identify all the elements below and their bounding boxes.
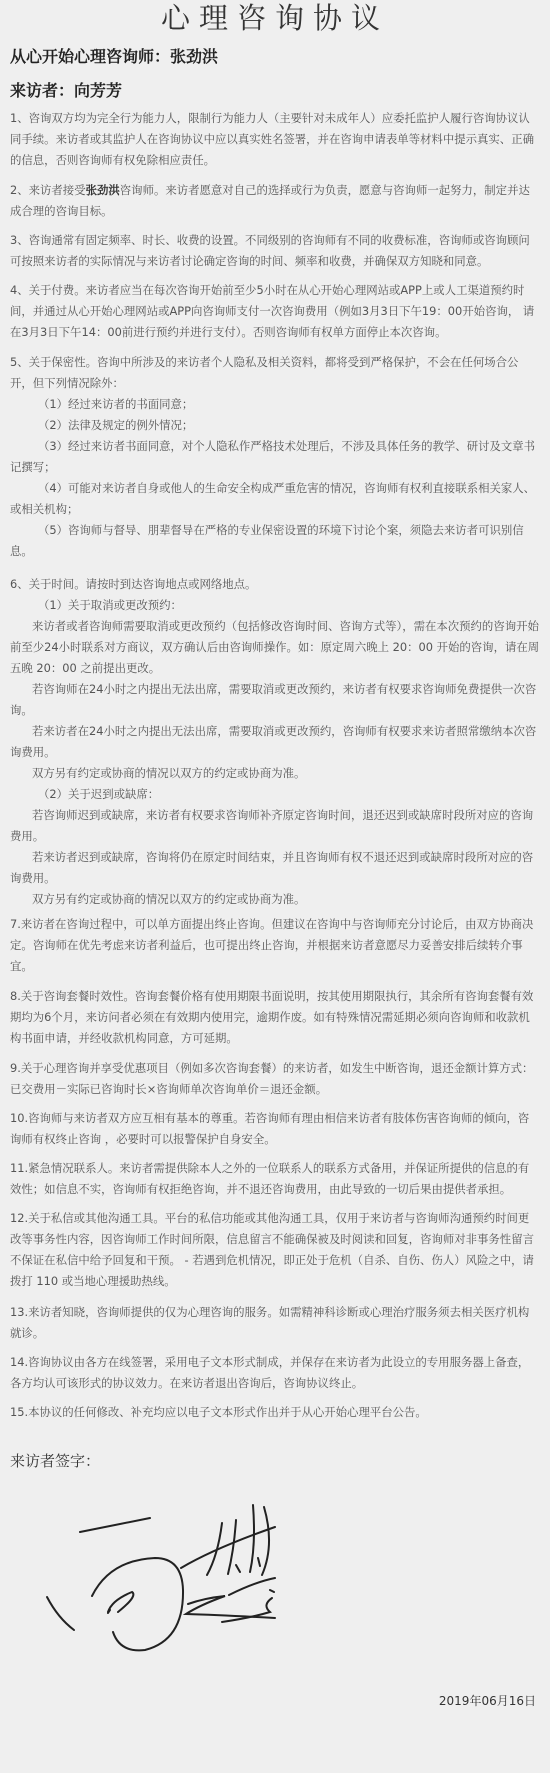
clause-15: 15.本协议的任何修改、补充均应以电子文本形式作出并于从心开始心理平台公告。: [10, 1402, 540, 1423]
clause-7: 7.来访者在咨询过程中，可以单方面提出终止咨询。但建议在咨询中与咨询师充分讨论后…: [10, 914, 540, 977]
clause-5-item: （1）经过来访者的书面同意；: [10, 394, 540, 415]
clause-6-sub1-line: 双方另有约定或协商的情况以双方的约定或协商为准。: [10, 763, 540, 784]
clause-5-item: （2）法律及规定的例外情况；: [10, 415, 540, 436]
clause-12: 12.关于私信或其他沟通工具。平台的私信功能或其他沟通工具，仅用于来访者与咨询师…: [10, 1208, 540, 1292]
clause-13: 13.来访者知晓，咨询师提供的仅为心理咨询的服务。如需精神科诊断或心理治疗服务须…: [10, 1302, 540, 1344]
clause-6-intro: 6、关于时间。请按时到达咨询地点或网络地点。: [10, 577, 256, 591]
clause-9: 9.关于心理咨询并享受优惠项目（例如多次咨询套餐）的来访者，如发生中断咨询，退还…: [10, 1058, 540, 1100]
client-line: 来访者：向芳芳: [10, 78, 122, 101]
handwritten-signature: [40, 1500, 300, 1680]
consultation-agreement: 心理咨询协议 从心开始心理咨询师：张劲洪 来访者：向芳芳 1、咨询双方均为完全行…: [0, 0, 550, 1773]
clause-14: 14.咨询协议由各方在线签署，采用电子文本形式制成，并保存在来访者为此设立的专用…: [10, 1352, 540, 1394]
clause-5-intro: 5、关于保密性。咨询中所涉及的来访者个人隐私及相关资料，都将受到严格保护，不会在…: [10, 355, 518, 390]
clause-6-sub1-line: 若咨询师在24小时之内提出无法出席，需要取消或更改预约，来访者有权要求咨询师免费…: [10, 679, 540, 721]
signature-label: 来访者签字：: [10, 1450, 100, 1471]
clause-6-sub2-line: 双方另有约定或协商的情况以双方的约定或协商为准。: [10, 889, 540, 910]
clause-3: 3、咨询通常有固定频率、时长、收费的设置。不同级别的咨询师有不同的收费标准，咨询…: [10, 230, 540, 272]
clause-5: 5、关于保密性。咨询中所涉及的来访者个人隐私及相关资料，都将受到严格保护，不会在…: [10, 352, 540, 562]
clause-6-sub2-line: 若来访者迟到或缺席，咨询将仍在原定时间结束，并且咨询师有权不退还迟到或缺席时段所…: [10, 847, 540, 889]
clause-1: 1、咨询双方均为完全行为能力人，限制行为能力人（主要针对未成年人）应委托监护人履…: [10, 108, 540, 171]
counselor-name: 张劲洪: [86, 183, 120, 197]
clause-6: 6、关于时间。请按时到达咨询地点或网络地点。 （1）关于取消或更改预约： 来访者…: [10, 574, 540, 910]
clause-6-sub1-title: （1）关于取消或更改预约：: [10, 595, 540, 616]
clause-6-sub1-line: 若来访者在24小时之内提出无法出席，需要取消或更改预约，咨询师有权要求来访者照常…: [10, 721, 540, 763]
clause-11: 11.紧急情况联系人。来访者需提供除本人之外的一位联系人的联系方式备用，并保证所…: [10, 1158, 540, 1200]
clause-2-pre: 2、来访者接受: [10, 183, 86, 197]
clause-5-item: （3）经过来访者书面同意，对个人隐私作严格技术处理后，不涉及具体任务的教学、研讨…: [10, 436, 540, 478]
clause-2: 2、来访者接受张劲洪咨询师。来访者愿意对自己的选择或行为负责，愿意与咨询师一起努…: [10, 180, 540, 222]
sign-date: 2019年06月16日: [439, 1692, 536, 1709]
clause-6-sub1-line: 来访者或者咨询师需要取消或更改预约（包括修改咨询时间、咨询方式等），需在本次预约…: [10, 616, 540, 679]
counselor-line: 从心开始心理咨询师：张劲洪: [10, 44, 218, 67]
clause-5-item: （4）可能对来访者自身或他人的生命安全构成严重危害的情况，咨询师有权利直接联系相…: [10, 478, 540, 520]
clause-6-sub2-line: 若咨询师迟到或缺席，来访者有权要求咨询师补齐原定咨询时间，退还迟到或缺席时段所对…: [10, 805, 540, 847]
page-title: 心理咨询协议: [0, 0, 550, 36]
clause-10: 10.咨询师与来访者双方应互相有基本的尊重。若咨询师有理由相信来访者有肢体伤害咨…: [10, 1108, 540, 1150]
clause-6-sub2-title: （2）关于迟到或缺席：: [10, 784, 540, 805]
clause-5-item: （5）咨询师与督导、朋辈督导在严格的专业保密设置的环境下讨论个案，须隐去来访者可…: [10, 520, 540, 562]
clause-8: 8.关于咨询套餐时效性。咨询套餐价格有使用期限书面说明，按其使用期限执行，其余所…: [10, 986, 540, 1049]
clause-4: 4、关于付费。来访者应当在每次咨询开始前至少5小时在从心开始心理网站或APP上或…: [10, 280, 540, 343]
